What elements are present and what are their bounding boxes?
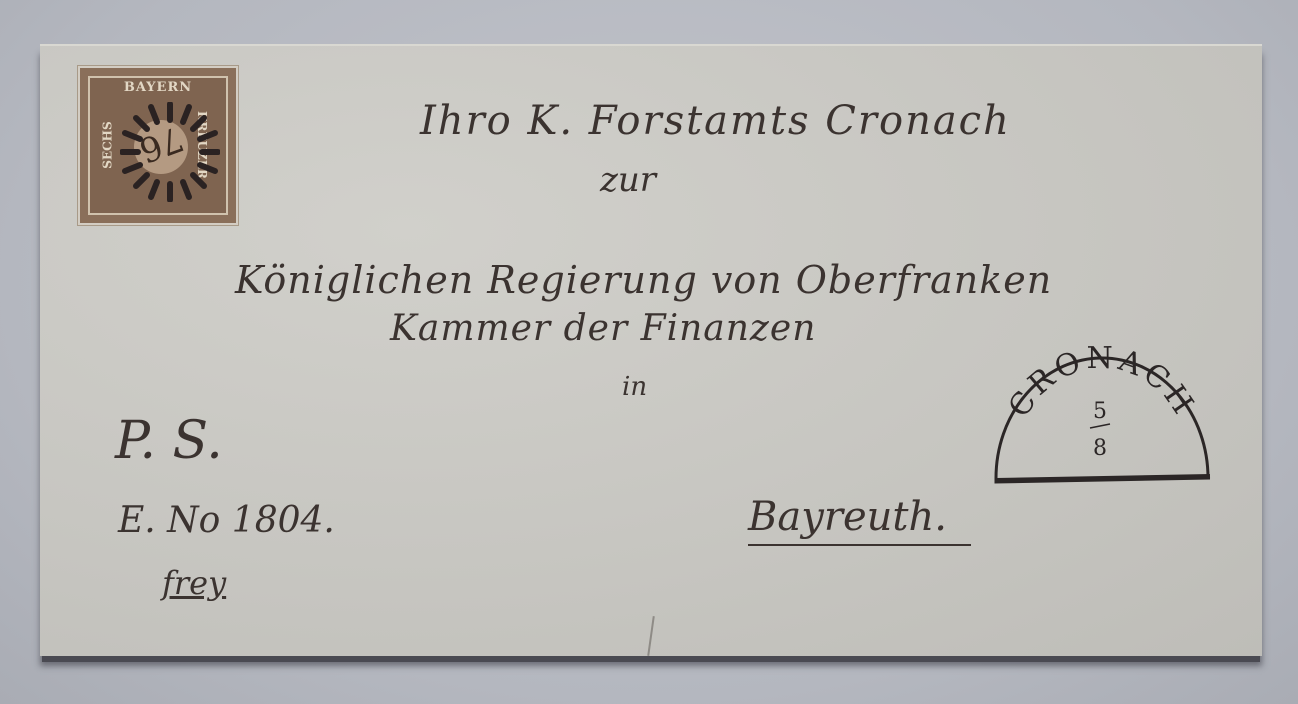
address-line-3: Königlichen Regierung von Oberfranken	[235, 258, 1052, 302]
postmark-month: 8	[1093, 436, 1107, 461]
postage-stamp: BAYERN SECHS KREUZER 76	[78, 66, 238, 225]
paper-crease	[647, 616, 655, 656]
annotation-number: E. No 1804.	[118, 500, 335, 541]
address-line-5: in	[622, 372, 647, 402]
stamp-left-text: SECHS	[101, 121, 115, 168]
destination-city: Bayreuth.	[748, 494, 971, 546]
address-line-4: Kammer der Finanzen	[390, 308, 816, 349]
address-line-1: Ihro K. Forstamts Cronach	[420, 98, 1011, 144]
postmark-day: 5	[1093, 399, 1107, 424]
address-line-2: zur	[600, 160, 656, 200]
stamp-country: BAYERN	[90, 80, 226, 95]
half-circle-postmark: CRONACH 5 8	[992, 328, 1212, 486]
annotation-frey: frey	[162, 564, 226, 602]
annotation-ps: P. S.	[115, 411, 223, 471]
letter-cover: BAYERN SECHS KREUZER 76 Ihro K. Forstamt…	[40, 44, 1262, 656]
stamp-frame: BAYERN SECHS KREUZER 76	[88, 76, 228, 215]
wheel-cancel-icon	[120, 102, 220, 202]
